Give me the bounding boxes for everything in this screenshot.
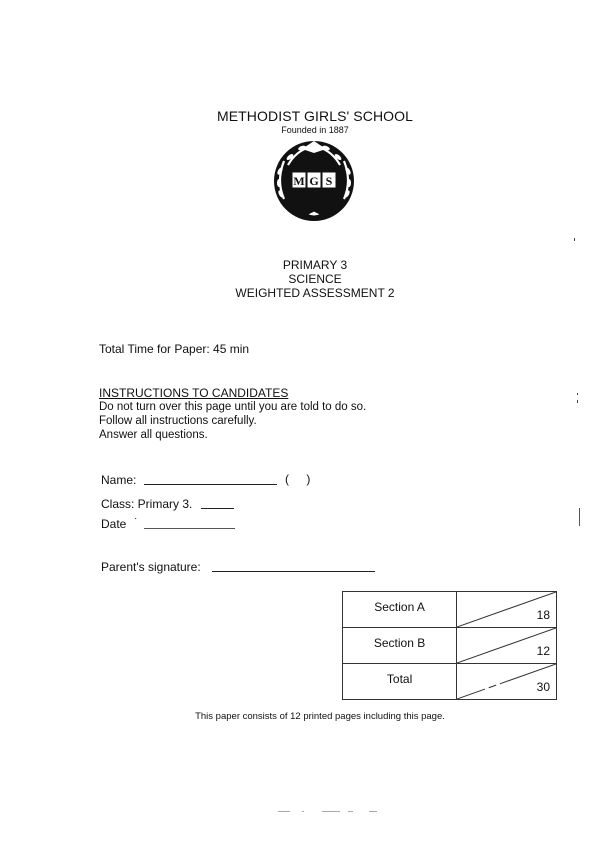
scan-artifact	[579, 508, 580, 526]
instruction-line: Answer all questions.	[99, 429, 208, 441]
date-field[interactable]	[144, 528, 235, 529]
crest-letter: G	[309, 174, 318, 188]
section-label: Total	[343, 664, 457, 700]
table-row: Section B 12	[343, 628, 557, 664]
scan-artifact	[348, 811, 353, 812]
score-cell[interactable]: 18	[457, 592, 557, 628]
school-name: METHODIST GIRLS' SCHOOL	[0, 108, 600, 124]
marks-table: Section A 18 Section B 12 Total 30	[342, 591, 557, 700]
class-label: Class: Primary 3.	[101, 497, 192, 511]
instructions-heading: INSTRUCTIONS TO CANDIDATES	[99, 386, 288, 400]
scan-artifact	[577, 393, 578, 395]
crest-letter: M	[293, 174, 304, 188]
scan-artifact	[322, 811, 340, 812]
max-marks: 18	[537, 608, 550, 622]
score-cell[interactable]: 30	[457, 664, 557, 700]
date-label: Date	[101, 517, 126, 531]
max-marks: 30	[537, 680, 550, 694]
paper-assessment: WEIGHTED ASSESSMENT 2	[0, 286, 600, 300]
section-label: Section A	[343, 592, 457, 628]
class-field[interactable]	[201, 508, 234, 509]
name-label: Name:	[101, 473, 136, 487]
founded-year: Founded in 1887	[0, 125, 600, 135]
school-crest-wreath-icon: M G S	[270, 137, 358, 225]
table-row: Section A 18	[343, 592, 557, 628]
table-row: Total 30	[343, 664, 557, 700]
name-field[interactable]	[144, 484, 277, 485]
page-count-note: This paper consists of 12 printed pages …	[0, 711, 600, 722]
parent-signature-label: Parent's signature:	[101, 560, 201, 574]
section-label: Section B	[343, 628, 457, 664]
instruction-line: Do not turn over this page until you are…	[99, 401, 366, 413]
instruction-line: Follow all instructions carefully.	[99, 415, 257, 427]
scan-artifact	[278, 811, 290, 812]
paper-subject: SCIENCE	[0, 272, 600, 286]
parent-signature-field[interactable]	[212, 571, 375, 572]
crest-letter: S	[326, 174, 333, 188]
max-marks: 12	[537, 644, 550, 658]
paper-level: PRIMARY 3	[0, 258, 600, 272]
scan-artifact	[577, 400, 578, 403]
index-number-field[interactable]: ( )	[285, 472, 310, 486]
total-time: Total Time for Paper: 45 min	[99, 342, 249, 356]
score-cell[interactable]: 12	[457, 628, 557, 664]
scan-artifact	[302, 811, 304, 812]
scan-artifact	[574, 238, 575, 241]
scan-artifact	[369, 811, 377, 812]
scan-artifact: ·	[134, 513, 137, 524]
